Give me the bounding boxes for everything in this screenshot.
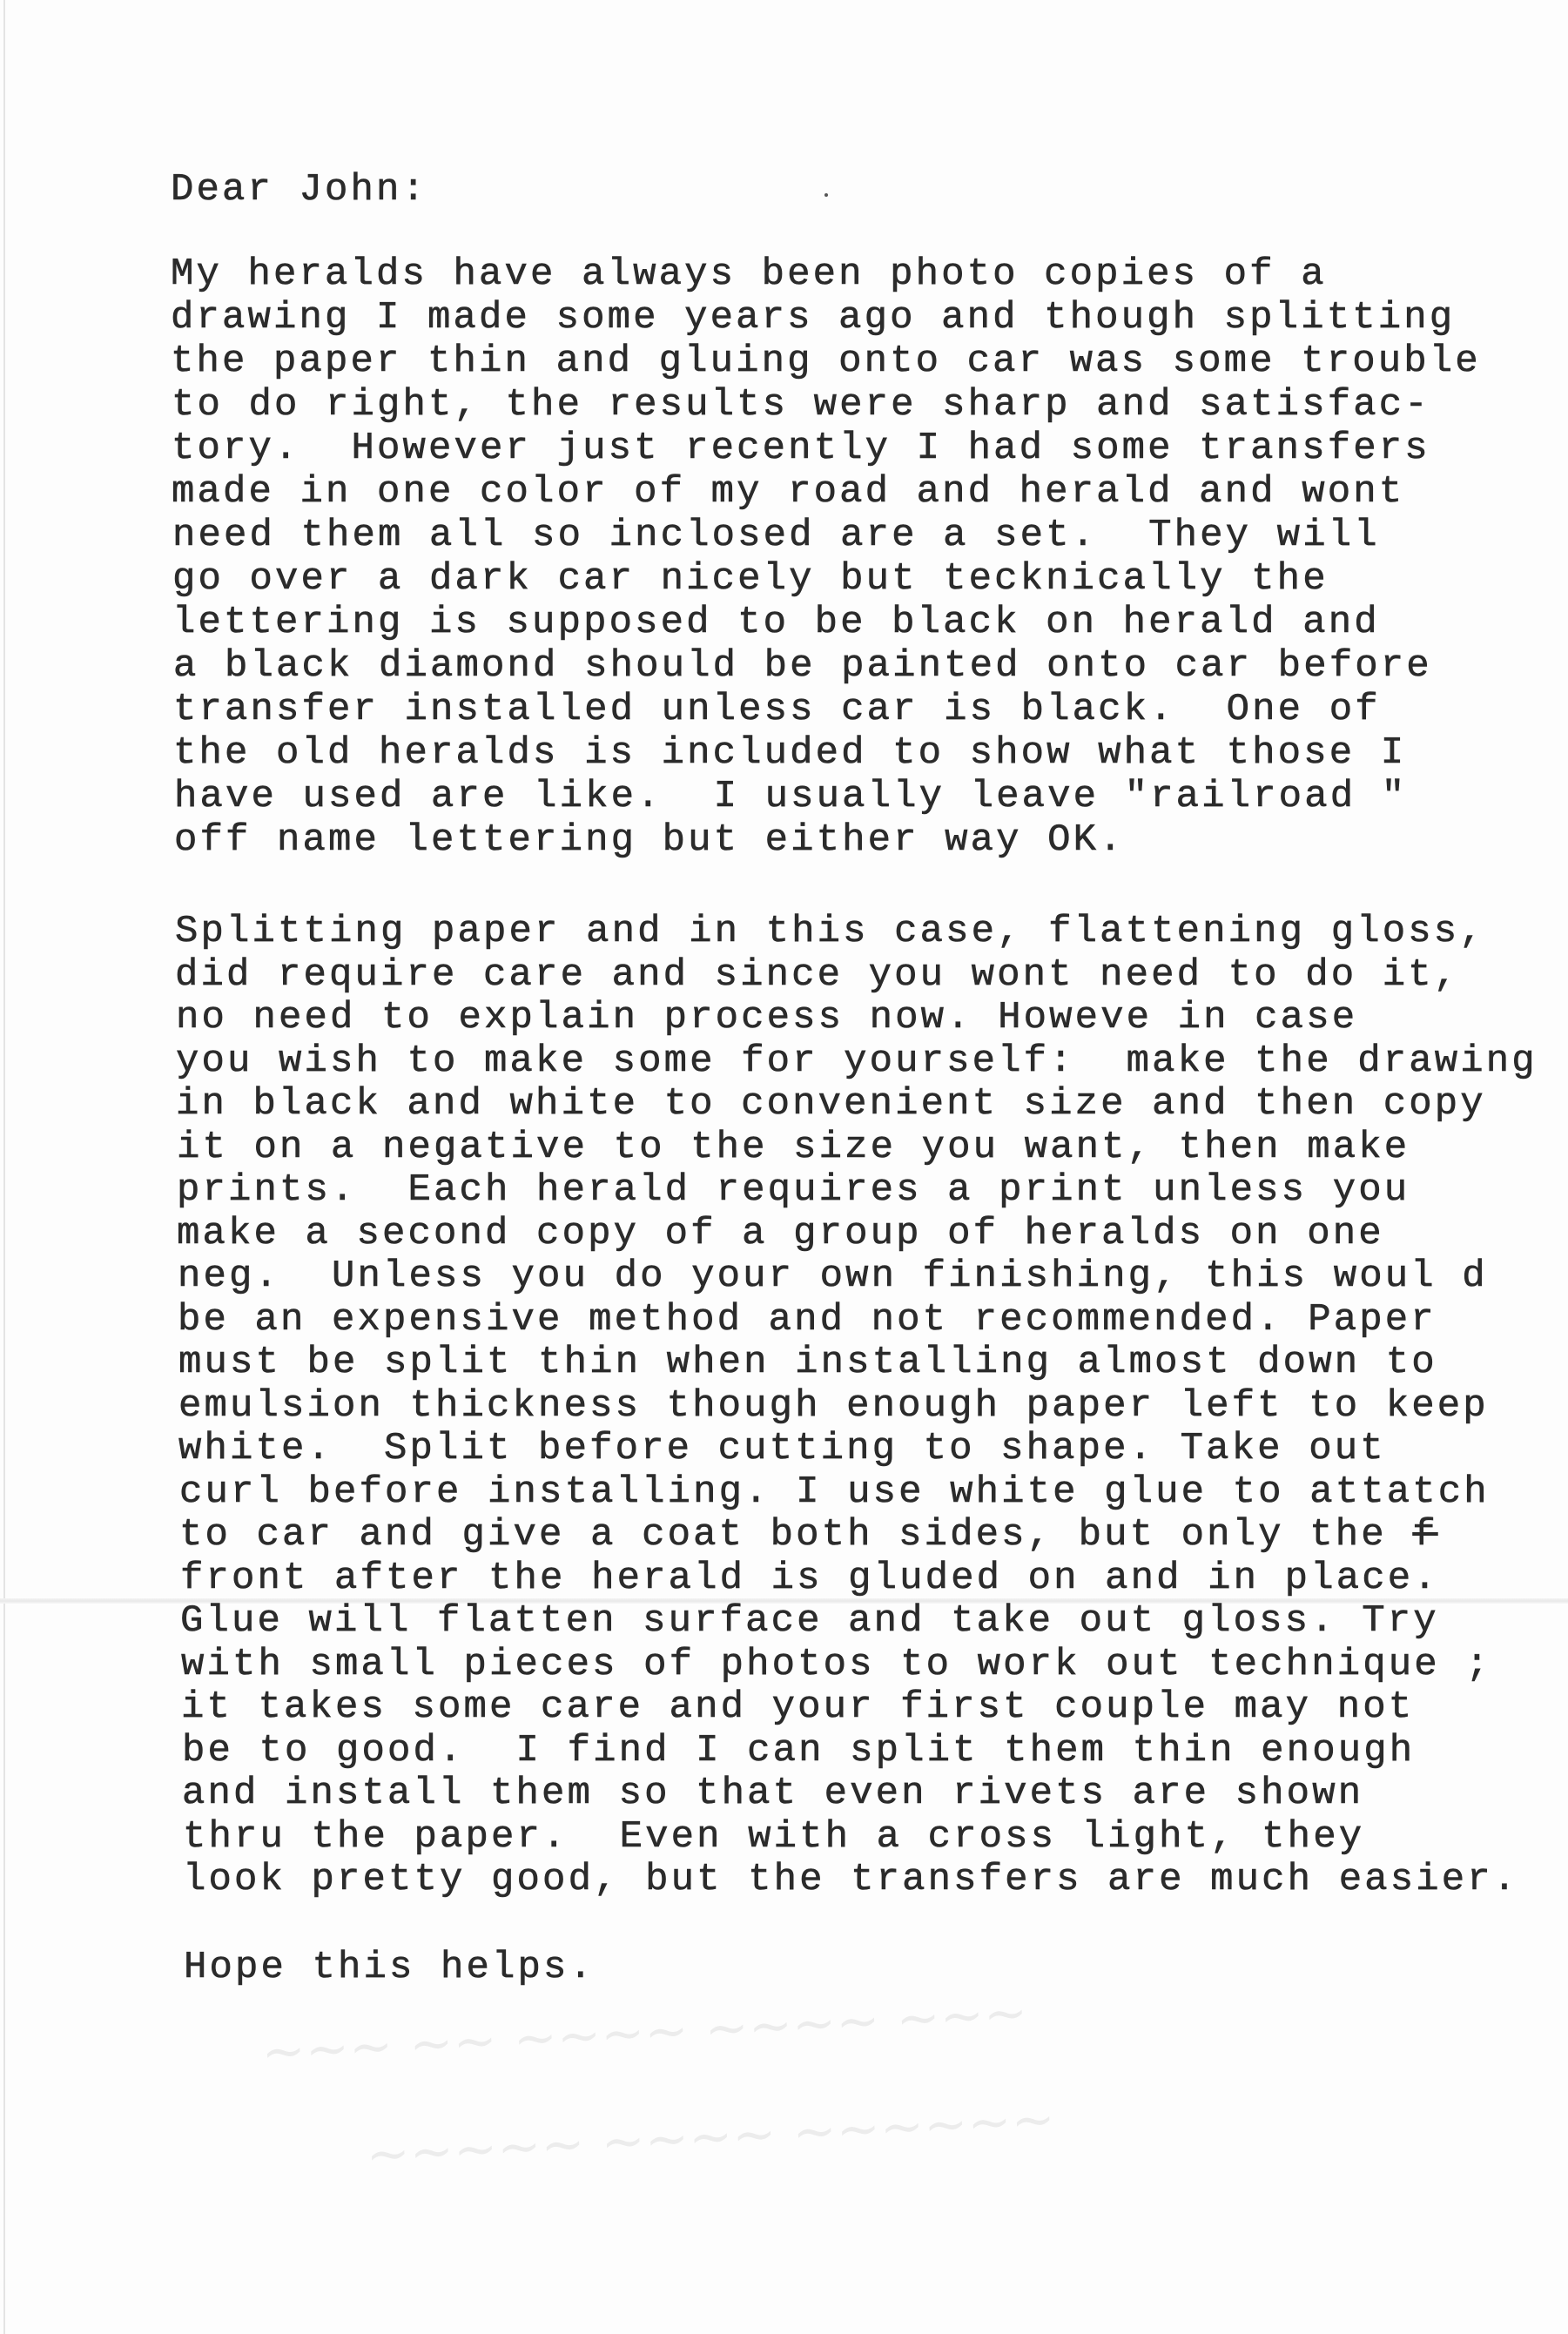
text-line: Glue will flatten surface and take out g…	[180, 1602, 1439, 1640]
text-line: be an expensive method and not recommend…	[178, 1301, 1437, 1339]
text-line: did require care and since you wont need…	[175, 956, 1459, 994]
bleed-through-handwriting: ~~~~~ ~~~~ ~~~~~~	[365, 2088, 1057, 2185]
text-line: My heralds have always been photo copies…	[171, 255, 1327, 293]
text-line: must be split thin when installing almos…	[178, 1343, 1437, 1382]
text-line: it takes some care and your first couple…	[181, 1688, 1414, 1726]
text-line: prints. Each herald requires a print unl…	[177, 1171, 1410, 1209]
text-line: be to good. I find I can split them thin…	[182, 1732, 1415, 1770]
text-line: to do right, the results were sharp and …	[172, 386, 1430, 424]
salutation: Dear John:	[171, 171, 427, 209]
text-line: make a second copy of a group of heralds…	[177, 1214, 1384, 1253]
text-line: have used are like. I usually leave "rai…	[174, 777, 1407, 816]
text-line: off name lettering but either way OK.	[174, 821, 1125, 859]
text-line: emulsion thickness though enough paper l…	[178, 1387, 1489, 1425]
text-line: go over a dark car nicely but tecknicall…	[172, 560, 1329, 598]
text-line: thru the paper. Even with a cross light,…	[183, 1818, 1364, 1856]
text-line: and install them so that even rivets are…	[182, 1774, 1363, 1813]
text-line: neg. Unless you do your own finishing, t…	[178, 1257, 1488, 1295]
text-line: curl before installing. I use white glue…	[179, 1473, 1490, 1511]
text-line: lettering is supposed to be black on her…	[172, 603, 1380, 642]
text-line: made in one color of my road and herald …	[172, 473, 1404, 511]
text-line: Splitting paper and in this case, flatte…	[175, 912, 1485, 951]
text-line: the old heralds is included to show what…	[173, 734, 1406, 772]
text-line: it on a negative to the size you want, t…	[177, 1128, 1410, 1167]
text-line: front after the herald is gluded on and …	[180, 1559, 1439, 1597]
text-line: to car and give a coat both sides, but o…	[179, 1516, 1438, 1554]
text-line: you wish to make some for yourself: make…	[176, 1042, 1538, 1080]
page-edge	[3, 0, 5, 2334]
text-line: a black diamond should be painted onto c…	[173, 647, 1432, 685]
ink-speck	[824, 193, 828, 197]
text-line: no need to explain process now. Howeve i…	[176, 999, 1357, 1037]
text-line: tory. However just recently I had some t…	[172, 429, 1430, 467]
text-line: need them all so inclosed are a set. The…	[172, 516, 1380, 555]
text-line: the paper thin and gluing onto car was s…	[171, 342, 1481, 380]
closing: Hope this helps.	[184, 1948, 595, 1987]
text-line: drawing I made some years ago and though…	[171, 299, 1455, 337]
struck-out-character: f	[1412, 1513, 1438, 1557]
letter-page: ~~~ ~~ ~~~~ ~~~~ ~~~ ~~~~~ ~~~~ ~~~~~~ D…	[0, 0, 1568, 2334]
text-line: look pretty good, but the transfers are …	[183, 1860, 1518, 1899]
text-line-content: to car and give a coat both sides, but o…	[179, 1513, 1387, 1557]
text-line: white. Split before cutting to shape. Ta…	[178, 1429, 1386, 1468]
bleed-through-handwriting: ~~~ ~~ ~~~~ ~~~~ ~~~	[260, 1982, 1029, 2083]
text-line: with small pieces of photos to work out …	[181, 1645, 1491, 1684]
text-line: in black and white to convenient size an…	[176, 1085, 1486, 1123]
text-line: transfer installed unless car is black. …	[173, 690, 1381, 729]
